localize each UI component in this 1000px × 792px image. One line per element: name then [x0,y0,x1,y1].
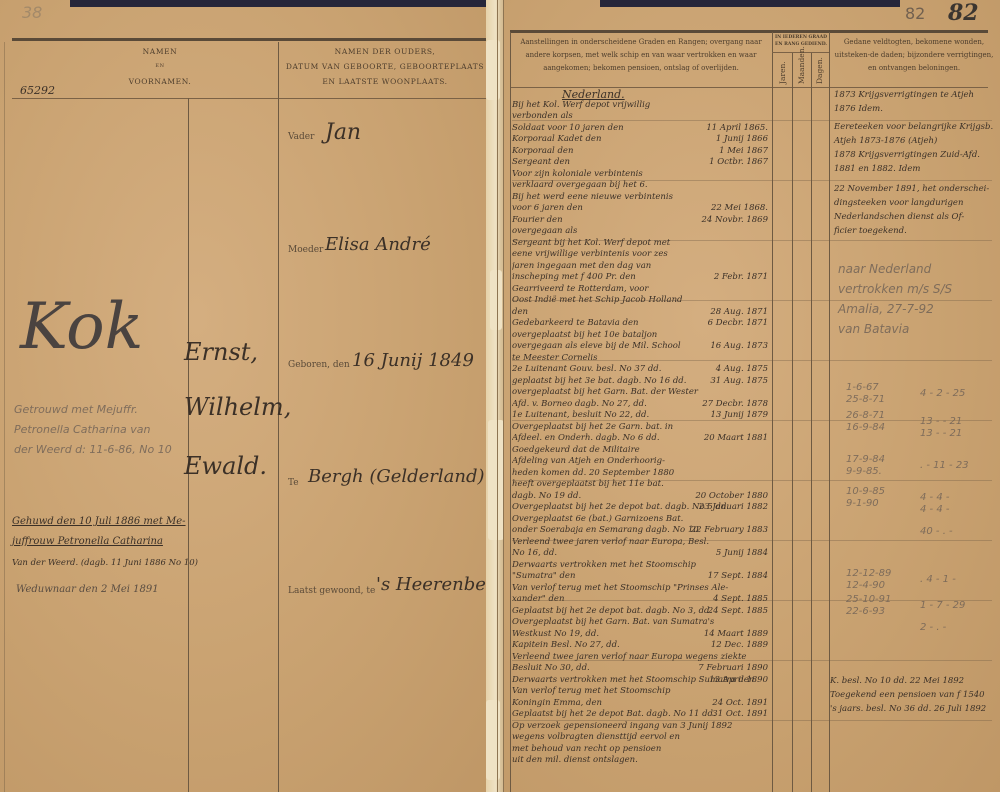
entry-text: Westkust No 19, dd. [512,629,599,639]
entry-date: 14 Maart 1889 [704,629,768,639]
entry-text: Korporaal Kadet den [512,134,601,144]
service-entry: Kapitein Besl. No 27, dd.12 Dec. 1889 [512,640,768,650]
service-entry: geplaatst bij het 3e bat. dagb. No 16 dd… [512,376,768,386]
entry-date: 1 Octbr. 1867 [709,157,768,167]
register-number: 65292 [20,84,55,97]
service-entry: Geplaatst bij het 2e depot Bat. dagb. No… [512,709,768,719]
service-entry: te Meester Cornelis [512,353,768,363]
service-entry: Overgeplaatst bij het 2e Garn. bat. in [512,422,768,432]
service-entry: "Sumatra" den17 Sept. 1884 [512,571,768,581]
service-entry: No 16, dd.5 Junij 1884 [512,548,768,558]
corner-mark: 38 [22,3,42,22]
entry-text: dagb. No 19 dd. [512,491,581,501]
entry-date: 13 Junij 1879 [710,410,768,420]
scan-edge [600,0,900,7]
entry-date: 28 Aug. 1871 [710,307,768,317]
service-entry: verbonden als [512,111,768,121]
entry-date: 2 Febr. 1871 [714,272,768,282]
entry-date: 7 Februari 1890 [698,663,768,673]
entry-text: uit den mil. dienst ontslagen. [512,755,638,765]
entry-date: 24 Sept. 1885 [708,606,768,616]
entry-text: te Meester Cornelis [512,353,597,363]
calc-date: 1-6-67 [846,382,879,393]
names-header: NAMEN EN VOORNAMEN. [60,44,260,89]
birthplace-value: Bergh (Gelderland) [308,466,485,487]
entry-text: Overgeplaatst bij het 2e depot bat. dagb… [512,502,729,512]
service-entry: heeft overgeplaatst bij het 11e bat. [512,479,768,489]
service-entry: den28 Aug. 1871 [512,307,768,317]
calc-date: 10-9-85 [846,486,885,497]
header-bottom-rule [12,98,492,99]
service-entry: jaren ingegaan met den dag van [512,261,768,271]
entry-text: Op verzoek gepensioneerd ingang van 3 Ju… [512,721,732,731]
calc-date: 9-9-85. [846,466,882,477]
column-divider [792,52,793,792]
entry-text: No 16, dd. [512,548,557,558]
column-divider [188,98,189,792]
entry-text: Koningin Emma, den [512,698,602,708]
entry-text: wegens volbragten diensttijd eervol en [512,732,680,742]
entry-date: 16 Aug. 1873 [710,341,768,351]
entry-text: overgegaan als [512,226,577,236]
column-divider [772,32,773,792]
entry-text: den [512,307,528,317]
service-entry: Bij het werd eene nieuwe verbintenis [512,192,768,202]
entry-date: 31 Oct. 1891 [712,709,768,719]
surname: Kok [20,290,143,364]
entry-text: Verleend twee jaren verlof naar Europa, … [512,537,709,547]
entry-text: Fourier den [512,215,563,225]
given-name-3: Ewald. [184,452,267,480]
service-entry: Gedebarkeerd te Batavia den6 Decbr. 1871 [512,318,768,328]
entry-date: 20 Maart 1881 [704,433,768,443]
service-entry: Verleend twee jaren verlof naar Europa w… [512,652,768,662]
calc-date: 9-1-90 [846,498,879,509]
born-value: 16 Junij 1849 [352,350,474,371]
calc-date: 26-8-71 [846,410,885,421]
calc-date: 16-9-84 [846,422,885,433]
service-entry: overgegaan als eleve bij de Mil. School1… [512,341,768,351]
calc-result: 4 - 2 - 25 [920,388,965,399]
mother-value: Elisa André [325,234,431,255]
service-entry: Op verzoek gepensioneerd ingang van 3 Ju… [512,721,768,731]
entry-text: Voor zijn koloniale verbintenis [512,169,643,179]
entry-date: 4 Aug. 1875 [716,364,768,374]
entry-text: Afdeel. en Onderh. dagb. No 6 dd. [512,433,660,443]
service-entry: inscheping met f 400 Pr. den2 Febr. 1871 [512,272,768,282]
service-entry: overgeplaatst bij het Garn. Bat. der Wes… [512,387,768,397]
entry-text: Geplaatst bij het 2e depot Bat. dagb. No… [512,709,716,719]
calc-result: 1 - 7 - 29 [920,600,965,611]
service-entry: Sergeant den1 Octbr. 1867 [512,157,768,167]
service-entry: heden komen dd. 20 September 1880 [512,468,768,478]
service-entry: eene vrijwillige verbintenis voor zes [512,249,768,259]
entry-text: geplaatst bij het 3e bat. dagb. No 16 dd… [512,376,686,386]
service-entry: Van verlof terug met het Stoomschip [512,686,768,696]
service-entry: xander" den4 Sept. 1885 [512,594,768,604]
service-entry: dagb. No 19 dd.20 October 1880 [512,491,768,501]
born-label: Geboren, den [288,360,350,370]
column-divider [510,32,511,792]
calc-result: 2 - . - [920,622,946,633]
entry-text: Gearriveerd te Rotterdam, voor [512,284,648,294]
entry-text: inscheping met f 400 Pr. den [512,272,636,282]
entry-text: Van verlof terug met het Stoomschip "Pri… [512,583,728,593]
given-name-1: Ernst, [184,338,258,366]
service-entry: Overgeplaatst bij het 2e depot bat. dagb… [512,502,768,512]
entry-text: overgeplaatst bij het 10e bataljon [512,330,657,340]
service-entry: Verleend twee jaren verlof naar Europa, … [512,537,768,547]
service-entry: Derwaarts vertrokken met het Stoomschip [512,560,768,570]
entry-text: Sergeant den [512,157,570,167]
service-entry: Afdeel. en Onderh. dagb. No 6 dd.20 Maar… [512,433,768,443]
entry-text: Bij het werd eene nieuwe verbintenis [512,192,673,202]
days-header: Dagen. [815,56,824,84]
calc-result: 4 - 4 - [920,492,949,503]
entry-text: Derwaarts vertrokken met het Stoomschip [512,560,696,570]
calc-result: 40 - . - [920,526,953,537]
torn-edge [488,420,504,540]
service-entry: Besluit No 30, dd.7 Februari 1890 [512,663,768,673]
entry-text: "Sumatra" den [512,571,575,581]
calc-date: 25-8-71 [846,394,885,405]
entry-text: Verleend twee jaren verlof naar Europa w… [512,652,746,662]
service-entry: 2e Luitenant Gouv. besl. No 37 dd.4 Aug.… [512,364,768,374]
entry-text: Soldaat voor 10 jaren den [512,123,624,133]
calc-result: 4 - 4 - [920,504,949,515]
calc-date: 17-9-84 [846,454,885,465]
entry-text: Van verlof terug met het Stoomschip [512,686,670,696]
service-entry: Korporaal den1 Mei 1867 [512,146,768,156]
service-entry: Voor zijn koloniale verbintenis [512,169,768,179]
entry-text: Goedgekeurd dat de Militaire [512,445,640,455]
mother-label: Moeder [288,245,323,255]
entry-date: 27 Decbr. 1878 [702,399,768,409]
header-top-rule [12,38,492,41]
calc-result: 13 - - 21 [920,416,962,427]
service-entry: overgegaan als [512,226,768,236]
service-entry: Geplaatst bij het 2e depot bat. dagb. No… [512,606,768,616]
entry-date: 22 February 1883 [691,525,768,535]
entry-text: Geplaatst bij het 2e depot bat. dagb. No… [512,606,712,616]
entry-date: 24 Novbr. 1869 [702,215,768,225]
service-entry: Koningin Emma, den24 Oct. 1891 [512,698,768,708]
entry-text: xander" den [512,594,564,604]
father-label: Vader [288,132,314,142]
birthplace-label: Te [288,478,299,488]
service-entry: uit den mil. dienst ontslagen. [512,755,768,765]
calc-date: 12-4-90 [846,580,885,591]
entry-text: Afdeling van Atjeh en Onderhoorig- [512,456,665,466]
entry-text: 1e Luitenant, besluit No 22, dd. [512,410,649,420]
entry-text: Overgeplaatst bij het Garn. Bat. van Sum… [512,617,714,627]
service-entry: Afd. v. Borneo dagb. No 27, dd.27 Decbr.… [512,399,768,409]
calc-result: . - 11 - 23 [920,460,969,471]
service-entry: 1e Luitenant, besluit No 22, dd.13 Junij… [512,410,768,420]
calc-result: . 4 - 1 - [920,574,956,585]
entry-date: 1 Junij 1866 [716,134,768,144]
service-entry: wegens volbragten diensttijd eervol en [512,732,768,742]
entry-text: overgegaan als eleve bij de Mil. School [512,341,681,351]
service-entry: onder Soerabaja en Semarang dagb. No 102… [512,525,768,535]
service-entry: Afdeling van Atjeh en Onderhoorig- [512,456,768,466]
entry-text: Kapitein Besl. No 27, dd. [512,640,620,650]
entry-text: verklaard overgegaan bij het 6. [512,180,648,190]
entry-date: 12 Dec. 1889 [711,640,768,650]
entry-date: 5 Junij 1884 [716,548,768,558]
entry-date: 23 Januari 1882 [699,502,768,512]
years-header: Jaren. [778,56,787,84]
entry-text: Sergeant bij het Kol. Werf depot met [512,238,670,248]
campaigns-header: Gedane veldtogten, bekomene wonden, uits… [832,36,996,75]
entry-text: met behoud van recht op pensioen [512,744,661,754]
entry-text: voor 6 jaren den [512,203,583,213]
service-entry: Sergeant bij het Kol. Werf depot met [512,238,768,248]
entry-text: heeft overgeplaatst bij het 11e bat. [512,479,664,489]
entry-date: 17 Sept. 1884 [708,571,768,581]
entry-text: Korporaal den [512,146,573,156]
page-number-pencil: 82 [905,4,925,23]
service-entry: Fourier den24 Novbr. 1869 [512,215,768,225]
service-entry: Korporaal Kadet den1 Junij 1866 [512,134,768,144]
service-entry: met behoud van recht op pensioen [512,744,768,754]
service-entry: verklaard overgegaan bij het 6. [512,180,768,190]
entry-date: 22 Mei 1868. [711,203,768,213]
page-number-ink: 82 [948,0,979,26]
calc-date: 22-6-93 [846,606,885,617]
service-entry: Oost Indië met het Schip Jacob Holland [512,295,768,305]
service-entry: Overgeplaatst 6e (bat.) Garnizoens Bat. [512,514,768,524]
torn-edge [490,270,502,330]
months-header: Maanden. [797,56,806,84]
entry-text: onder Soerabaja en Semarang dagb. No 10 [512,525,699,535]
service-entry: overgeplaatst bij het 10e bataljon [512,330,768,340]
service-entry: Gearriveerd te Rotterdam, voor [512,284,768,294]
header-top-rule [510,30,988,33]
service-entry: Bij het Kol. Werf depot vrijwillig [512,100,768,110]
entry-text: heden komen dd. 20 September 1880 [512,468,674,478]
father-value: Jan [325,120,361,145]
appointments-header: Aanstellingen in onderscheidene Graden e… [514,36,768,75]
parents-header: NAMEN DER OUDERS, DATUM VAN GEBOORTE, GE… [280,44,490,89]
service-entry: Soldaat voor 10 jaren den11 April 1865. [512,123,768,133]
entry-date: 13 April 1890 [709,675,768,685]
scan-edge [70,0,500,7]
service-entry: Goedgekeurd dat de Militaire [512,445,768,455]
entry-date: 24 Oct. 1891 [712,698,768,708]
entry-text: Besluit No 30, dd. [512,663,590,673]
entry-date: 6 Decbr. 1871 [708,318,768,328]
entry-text: jaren ingegaan met den dag van [512,261,651,271]
entry-text: 2e Luitenant Gouv. besl. No 37 dd. [512,364,661,374]
residence-label: Laatst gewoond, te [288,586,375,596]
entry-date: 11 April 1865. [706,123,768,133]
entry-text: Bij het Kol. Werf depot vrijwillig [512,100,650,110]
entry-text: Afd. v. Borneo dagb. No 27, dd. [512,399,647,409]
calc-result: 13 - - 21 [920,428,962,439]
column-divider [811,52,812,792]
entry-text: eene vrijwillige verbintenis voor zes [512,249,668,259]
entry-text: Gedebarkeerd te Batavia den [512,318,638,328]
entry-text: verbonden als [512,111,573,121]
calc-date: 25-10-91 [846,594,891,605]
entry-date: 1 Mei 1867 [719,146,768,156]
service-entry: Van verlof terug met het Stoomschip "Pri… [512,583,768,593]
entry-date: 31 Aug. 1875 [710,376,768,386]
entry-date: 20 October 1880 [695,491,768,501]
service-entry: Westkust No 19, dd.14 Maart 1889 [512,629,768,639]
entry-text: Overgeplaatst bij het 2e Garn. bat. in [512,422,673,432]
service-entry: voor 6 jaren den22 Mei 1868. [512,203,768,213]
entry-text: Overgeplaatst 6e (bat.) Garnizoens Bat. [512,514,683,524]
margin-line [4,42,5,792]
entry-text: Oost Indië met het Schip Jacob Holland [512,295,683,305]
entry-date: 4 Sept. 1885 [713,594,768,604]
service-entry: Derwaarts vertrokken met het Stoomschip … [512,675,768,685]
widower-note: Weduwnaar den 2 Mei 1891 [16,584,159,595]
service-entry: Overgeplaatst bij het Garn. Bat. van Sum… [512,617,768,627]
calc-date: 12-12-89 [846,568,891,579]
given-name-2: Wilhelm, [184,393,291,421]
entry-text: overgeplaatst bij het Garn. Bat. der Wes… [512,387,698,397]
